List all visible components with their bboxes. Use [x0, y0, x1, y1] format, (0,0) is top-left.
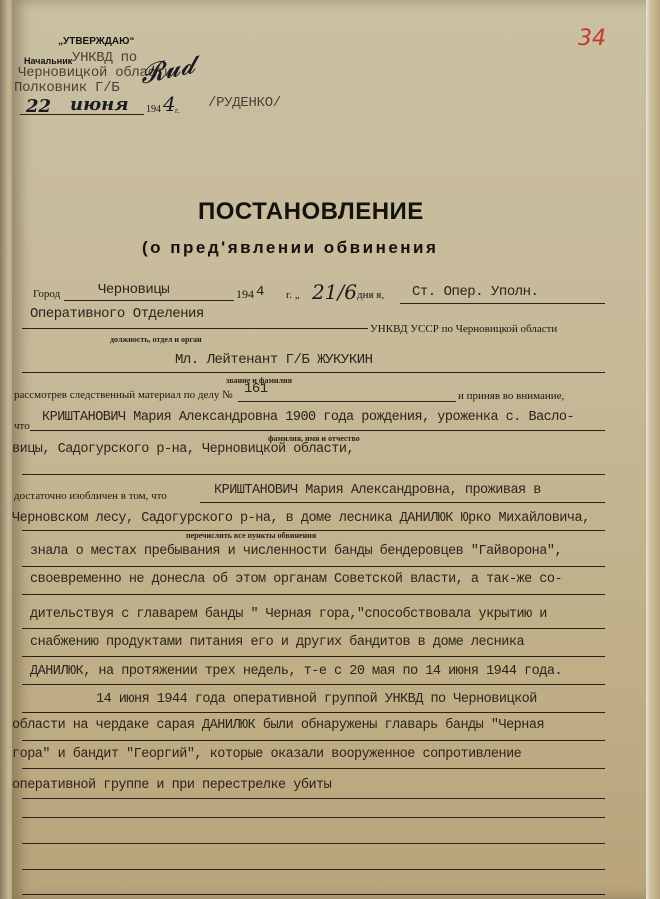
charge-line-6: ДАНИЛЮК, на протяжении трех недель, т-е … — [30, 664, 562, 679]
department-line — [22, 328, 368, 329]
blank-rule-2 — [22, 869, 605, 870]
department-value: Оперативного Отделения — [30, 306, 204, 322]
charges-label: достаточно изобличен в том, что — [14, 490, 167, 502]
document-title: ПОСТАНОВЛЕНИЕ — [198, 198, 424, 226]
day-label: дня я, — [357, 289, 384, 301]
year-suffix: г. „ — [286, 289, 300, 301]
para2-rule-1 — [22, 740, 605, 741]
city-label: Город — [33, 288, 60, 300]
city-line — [64, 300, 234, 301]
charge-rule-6 — [22, 684, 605, 685]
year-typed: 4 — [256, 284, 264, 300]
para2-rule-3 — [22, 798, 605, 799]
approval-date-month: июня — [70, 94, 129, 115]
approval-year-printed: 194 — [146, 104, 161, 115]
position-caption: должность, отдел и орган — [110, 335, 202, 344]
para2-rule-2 — [22, 768, 605, 769]
page-edge — [646, 0, 660, 899]
charge-line-3: своевременно не донесла об этом органам … — [30, 572, 562, 587]
blank-rule-0 — [22, 817, 605, 818]
charges-caption: перечислить все пункты обвинения — [186, 531, 316, 540]
position-line — [400, 303, 605, 304]
approval-heading: „УТВЕРЖДАЮ“ — [58, 36, 134, 47]
charge-rule-0 — [200, 502, 605, 503]
para2-line-0: 14 июня 1944 года оперативной группой УН… — [96, 692, 537, 707]
approval-year-suffix: г. — [175, 106, 179, 115]
charge-rule-4 — [22, 628, 605, 629]
position-value: Ст. Опер. Уполн. — [412, 284, 538, 300]
blank-rule-1 — [22, 843, 605, 844]
charge-rule-2 — [22, 566, 605, 567]
charge-line-0: КРИШТАНОВИЧ Мария Александровна, прожива… — [214, 483, 541, 498]
considering-label: и приняв во внимание, — [458, 390, 564, 402]
approval-stamp-line1: УНКВД по — [72, 50, 137, 66]
charge-line-5: снабжению продуктами питания его и други… — [30, 635, 524, 650]
reviewed-label: рассмотрев следственный материал по делу… — [14, 389, 233, 401]
case-number-line — [238, 401, 456, 402]
para2-line-3: оперативной группе и при перестрелке уби… — [12, 778, 331, 793]
para2-rule-0 — [22, 712, 605, 713]
rank-name-value: Мл. Лейтенант Г/Б ЖУКУКИН — [175, 352, 373, 368]
charge-line-1: Черновском лесу, Садогурского р-на, в до… — [12, 511, 590, 526]
case-number: 161 — [244, 381, 268, 397]
document-subtitle: (о пред'явлении обвинения — [142, 238, 438, 258]
para2-line-2: гора" и бандит "Георгий", которые оказал… — [12, 747, 521, 762]
blank-rule-3 — [22, 894, 605, 895]
accused-line1-rule — [30, 430, 605, 431]
city-value: Черновицы — [98, 282, 169, 298]
approval-year-hand: 4 — [163, 92, 176, 116]
accused-line1: КРИШТАНОВИЧ Мария Александровна 1900 год… — [42, 410, 574, 425]
charge-rule-5 — [22, 656, 605, 657]
page-number: 34 — [578, 26, 606, 51]
rank-name-line — [22, 372, 605, 373]
charge-line-2: знала о местах пребывания и численности … — [30, 544, 562, 559]
date-value: 21/6 — [312, 280, 357, 304]
accused-line2-rule — [22, 474, 605, 475]
that-label: что — [14, 420, 30, 432]
accused-line2: вицы, Садогурского р-на, Черновицкой обл… — [12, 442, 354, 457]
charge-line-4: дительствуя с главарем банды " Черная го… — [30, 607, 547, 622]
para2-line-1: области на чердаке сарая ДАНИЛЮК были об… — [12, 718, 544, 733]
approval-name: /РУДЕНКО/ — [208, 95, 281, 111]
approval-date-line — [20, 114, 144, 115]
org-suffix: УНКВД УССР по Черновицкой области — [370, 323, 557, 335]
charge-rule-3 — [22, 594, 605, 595]
year-printed: 194 — [236, 287, 254, 302]
